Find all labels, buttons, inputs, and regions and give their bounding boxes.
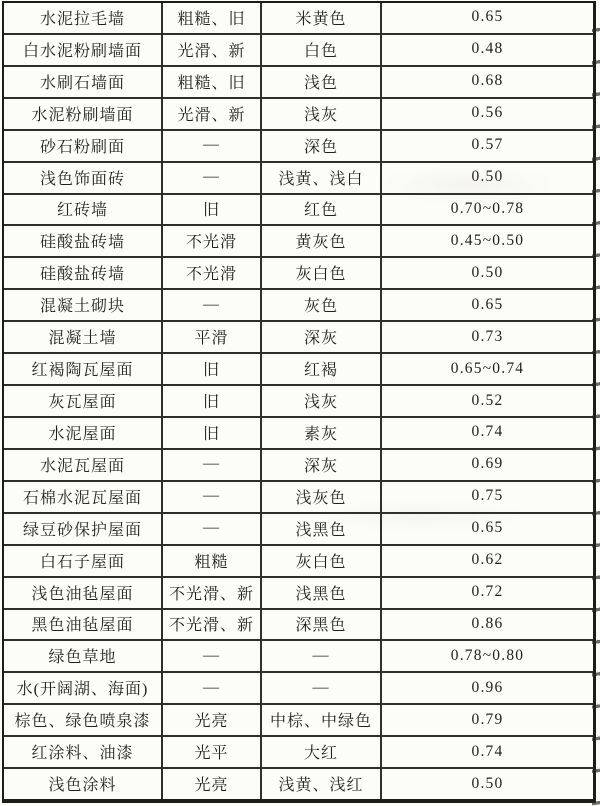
cell-coefficient: 0.50	[382, 163, 593, 193]
cell-surface: 灰瓦屋面	[4, 386, 163, 416]
cell-surface: 硅酸盐砖墙	[4, 258, 163, 288]
cell-surface: 红砖墙	[4, 195, 163, 225]
cell-finish: 粗糙、旧	[163, 3, 262, 33]
cell-color: 大红	[262, 737, 382, 767]
table-row: 混凝土墙平滑深灰0.73	[4, 322, 593, 354]
cell-color: 中棕、中绿色	[262, 705, 382, 735]
scanned-document-page: 水泥拉毛墙粗糙、旧米黄色0.65白水泥粉刷墙面光滑、新白色0.48水刷石墙面粗糙…	[0, 0, 600, 806]
cell-coefficient: 0.65	[382, 3, 593, 33]
cell-color: 灰白色	[262, 258, 382, 288]
table-row: 水(开阔湖、海面)——0.96	[4, 673, 593, 705]
cell-color: 红色	[262, 195, 382, 225]
table-row: 绿豆砂保护屋面—浅黑色0.65	[4, 514, 593, 546]
table-row: 黑色油毡屋面不光滑、新深黑色0.86	[4, 610, 593, 642]
cell-finish: —	[163, 163, 262, 193]
cell-surface: 石棉水泥瓦屋面	[4, 482, 163, 512]
cell-coefficient: 0.50	[382, 769, 593, 799]
table-row: 灰瓦屋面旧浅灰0.52	[4, 386, 593, 418]
cell-surface: 砂石粉刷面	[4, 131, 163, 161]
reflectance-coefficient-table: 水泥拉毛墙粗糙、旧米黄色0.65白水泥粉刷墙面光滑、新白色0.48水刷石墙面粗糙…	[2, 1, 596, 803]
cell-finish: 粗糙	[163, 546, 262, 576]
cell-color: 浅黄、浅红	[262, 769, 382, 799]
table-row: 水泥屋面旧素灰0.74	[4, 418, 593, 450]
cell-color: 素灰	[262, 418, 382, 448]
cell-finish: —	[163, 290, 262, 320]
cell-coefficient: 0.73	[382, 322, 593, 352]
cell-color: 浅灰	[262, 386, 382, 416]
table-row: 棕色、绿色喷泉漆光亮中棕、中绿色0.79	[4, 705, 593, 737]
cell-color: 浅灰	[262, 99, 382, 129]
cell-color: 浅色	[262, 67, 382, 97]
table-row: 红砖墙旧红色0.70~0.78	[4, 195, 593, 227]
cell-surface: 浅色油毡屋面	[4, 578, 163, 608]
cell-coefficient: 0.74	[382, 418, 593, 448]
cell-surface: 绿色草地	[4, 641, 163, 671]
cell-coefficient: 0.72	[382, 578, 593, 608]
table-row: 水泥粉刷墙面光滑、新浅灰0.56	[4, 99, 593, 131]
cell-coefficient: 0.56	[382, 99, 593, 129]
cell-coefficient: 0.45~0.50	[382, 226, 593, 256]
cell-finish: 粗糙、旧	[163, 67, 262, 97]
cell-finish: —	[163, 482, 262, 512]
cell-color: 深色	[262, 131, 382, 161]
cell-color: 浅黑色	[262, 578, 382, 608]
cell-finish: 光亮	[163, 769, 262, 799]
table-row: 水泥瓦屋面—深灰0.69	[4, 450, 593, 482]
table-row: 红褐陶瓦屋面旧红褐0.65~0.74	[4, 354, 593, 386]
table-row: 硅酸盐砖墙不光滑黄灰色0.45~0.50	[4, 226, 593, 258]
cell-surface: 水泥粉刷墙面	[4, 99, 163, 129]
cell-color: 米黄色	[262, 3, 382, 33]
cell-coefficient: 0.79	[382, 705, 593, 735]
cell-finish: 旧	[163, 418, 262, 448]
cell-surface: 绿豆砂保护屋面	[4, 514, 163, 544]
cell-surface: 水泥瓦屋面	[4, 450, 163, 480]
cell-surface: 黑色油毡屋面	[4, 610, 163, 640]
cell-color: —	[262, 641, 382, 671]
cell-coefficient: 0.74	[382, 737, 593, 767]
cell-coefficient: 0.57	[382, 131, 593, 161]
cell-color: 黄灰色	[262, 226, 382, 256]
cell-surface: 硅酸盐砖墙	[4, 226, 163, 256]
cell-coefficient: 0.70~0.78	[382, 195, 593, 225]
cell-color: 浅黄、浅白	[262, 163, 382, 193]
table-row: 硅酸盐砖墙不光滑灰白色0.50	[4, 258, 593, 290]
cell-color: 深灰	[262, 450, 382, 480]
cell-finish: 光亮	[163, 705, 262, 735]
cell-color: 白色	[262, 35, 382, 65]
cell-surface: 混凝土墙	[4, 322, 163, 352]
cell-surface: 白水泥粉刷墙面	[4, 35, 163, 65]
cell-surface: 红涂料、油漆	[4, 737, 163, 767]
cell-coefficient: 0.78~0.80	[382, 641, 593, 671]
cell-surface: 混凝土砌块	[4, 290, 163, 320]
cell-color: 灰色	[262, 290, 382, 320]
cell-color: 深黑色	[262, 610, 382, 640]
table-row: 浅色饰面砖—浅黄、浅白0.50	[4, 163, 593, 195]
table-row: 石棉水泥瓦屋面—浅灰色0.75	[4, 482, 593, 514]
cell-finish: 旧	[163, 354, 262, 384]
cell-finish: 不光滑、新	[163, 578, 262, 608]
cell-coefficient: 0.50	[382, 258, 593, 288]
cell-color: 浅灰色	[262, 482, 382, 512]
cell-surface: 水刷石墙面	[4, 67, 163, 97]
cell-color: 灰白色	[262, 546, 382, 576]
cell-surface: 白石子屋面	[4, 546, 163, 576]
cell-finish: —	[163, 131, 262, 161]
table-row: 水泥拉毛墙粗糙、旧米黄色0.65	[4, 3, 593, 35]
cell-coefficient: 0.62	[382, 546, 593, 576]
table-row: 红涂料、油漆光平大红0.74	[4, 737, 593, 769]
cell-finish: 光滑、新	[163, 99, 262, 129]
cell-coefficient: 0.75	[382, 482, 593, 512]
cell-coefficient: 0.96	[382, 673, 593, 703]
cell-surface: 浅色饰面砖	[4, 163, 163, 193]
cell-coefficient: 0.86	[382, 610, 593, 640]
cell-finish: 不光滑、新	[163, 610, 262, 640]
cell-finish: —	[163, 514, 262, 544]
table-row: 白石子屋面粗糙灰白色0.62	[4, 546, 593, 578]
table-row: 浅色油毡屋面不光滑、新浅黑色0.72	[4, 578, 593, 610]
cell-finish: 平滑	[163, 322, 262, 352]
cell-color: 红褐	[262, 354, 382, 384]
cell-finish: 不光滑	[163, 258, 262, 288]
cell-surface: 水泥屋面	[4, 418, 163, 448]
cell-coefficient: 0.68	[382, 67, 593, 97]
cell-finish: 光滑、新	[163, 35, 262, 65]
cell-surface: 红褐陶瓦屋面	[4, 354, 163, 384]
cell-coefficient: 0.52	[382, 386, 593, 416]
cell-finish: —	[163, 450, 262, 480]
cell-finish: —	[163, 641, 262, 671]
cell-color: 浅黑色	[262, 514, 382, 544]
cell-color: —	[262, 673, 382, 703]
cell-finish: 旧	[163, 386, 262, 416]
cell-color: 深灰	[262, 322, 382, 352]
cell-finish: 光平	[163, 737, 262, 767]
table-row: 砂石粉刷面—深色0.57	[4, 131, 593, 163]
cell-finish: 旧	[163, 195, 262, 225]
table-row: 绿色草地——0.78~0.80	[4, 641, 593, 673]
cell-surface: 水(开阔湖、海面)	[4, 673, 163, 703]
table-row: 白水泥粉刷墙面光滑、新白色0.48	[4, 35, 593, 67]
cell-coefficient: 0.65	[382, 290, 593, 320]
cell-coefficient: 0.48	[382, 35, 593, 65]
cell-finish: —	[163, 673, 262, 703]
cell-coefficient: 0.65	[382, 514, 593, 544]
cell-finish: 不光滑	[163, 226, 262, 256]
cell-surface: 浅色涂料	[4, 769, 163, 799]
table-row: 浅色涂料光亮浅黄、浅红0.50	[4, 769, 593, 799]
cell-surface: 棕色、绿色喷泉漆	[4, 705, 163, 735]
table-row: 混凝土砌块—灰色0.65	[4, 290, 593, 322]
cell-coefficient: 0.69	[382, 450, 593, 480]
table-row: 水刷石墙面粗糙、旧浅色0.68	[4, 67, 593, 99]
cell-coefficient: 0.65~0.74	[382, 354, 593, 384]
cell-surface: 水泥拉毛墙	[4, 3, 163, 33]
